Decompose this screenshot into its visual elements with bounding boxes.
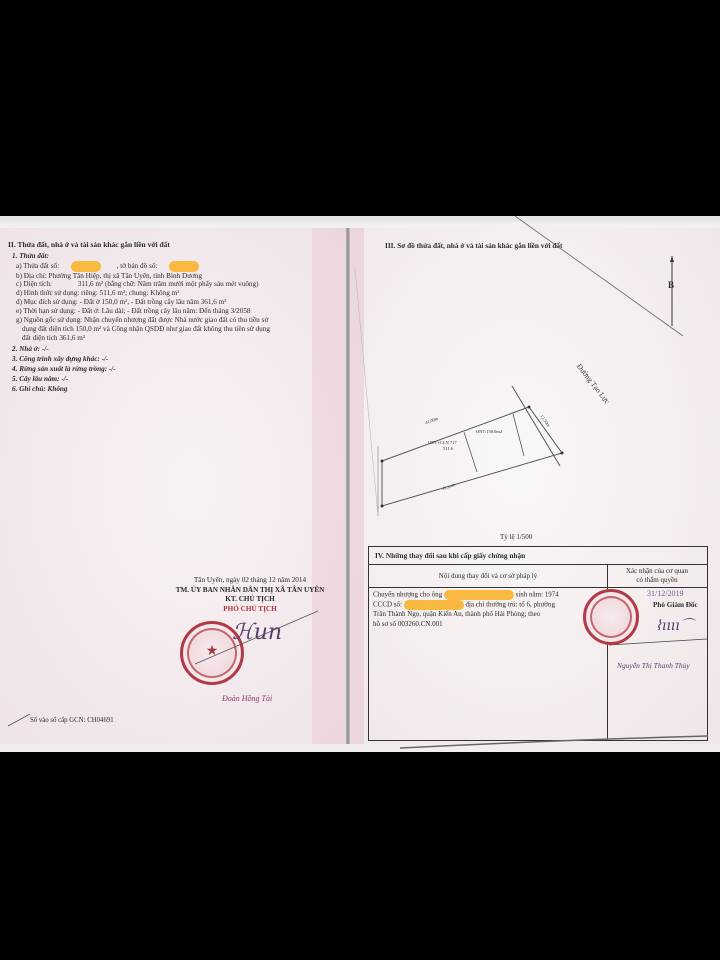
land-certificate-photo: II. Thửa đất, nhà ở và tài sản khác gắn … — [0, 216, 720, 752]
page-curl-shadow — [0, 216, 720, 752]
